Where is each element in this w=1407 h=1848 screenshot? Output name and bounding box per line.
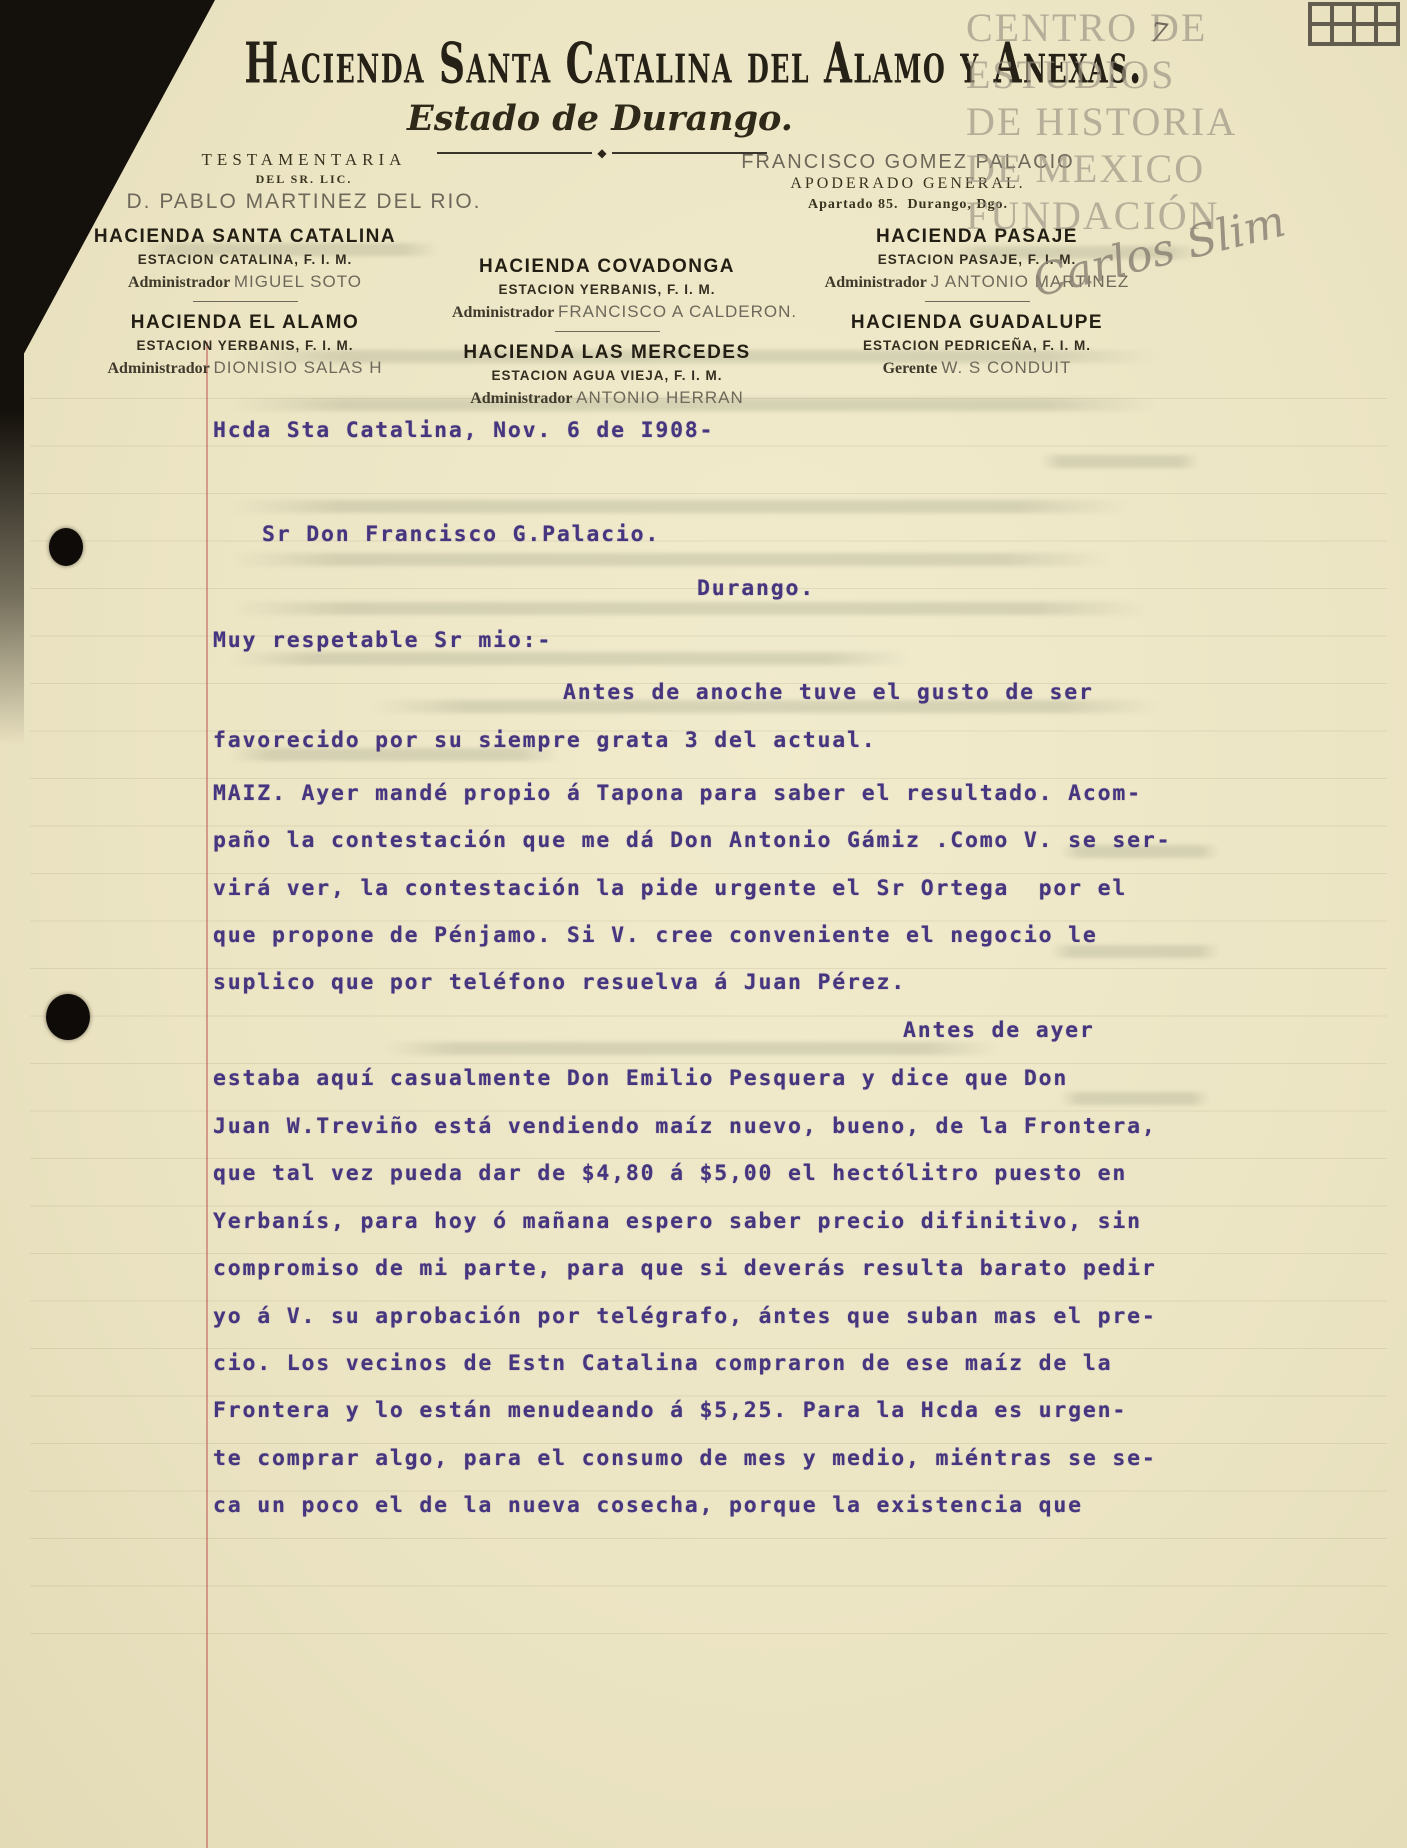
hacienda-role: Administrador <box>108 360 214 377</box>
watermark-line: DE HISTORIA <box>966 98 1237 145</box>
hacienda-column-middle: HACIENDA COVADONGA ESTACION YERBANIS, F.… <box>452 256 762 408</box>
hacienda-person: W. S CONDUIT <box>941 358 1071 377</box>
hacienda-role: Gerente <box>883 360 942 377</box>
testamentaria-block: TESTAMENTARIA DEL SR. LIC. D. PABLO MART… <box>118 150 490 214</box>
letter-recipient: Sr Don Francisco G.Palacio. <box>262 522 660 547</box>
letterhead-title: Hacienda Santa Catalina del Alamo y Anex… <box>244 30 935 96</box>
block-divider <box>925 301 1030 302</box>
letter-body-line: estaba aquí casualmente Don Emilio Pesqu… <box>213 1066 1068 1091</box>
letter-body-line: paño la contestación que me dá Don Anton… <box>213 828 1171 853</box>
hacienda-person: ANTONIO HERRAN <box>576 388 744 407</box>
hacienda-name: HACIENDA COVADONGA <box>452 256 762 278</box>
letterhead-subtitle: Estado de Durango. <box>350 98 850 139</box>
bleedthrough-text <box>230 602 1150 615</box>
letter-body-line: que tal vez pueda dar de $4,80 á $5,00 e… <box>213 1161 1127 1186</box>
testamentaria-label: TESTAMENTARIA <box>118 150 490 170</box>
ornament-diamond-icon: ◆ <box>592 146 611 160</box>
letter-body-line: virá ver, la contestación la pide urgent… <box>213 876 1127 901</box>
hacienda-block: HACIENDA COVADONGA ESTACION YERBANIS, F.… <box>452 256 762 322</box>
letter-recipient-city: Durango. <box>697 576 815 601</box>
hacienda-station: ESTACION YERBANIS, F. I. M. <box>452 282 762 297</box>
letter-body-line: Antes de anoche tuve el gusto de ser <box>563 680 1094 705</box>
letter-body-line: ca un poco el de la nueva cosecha, porqu… <box>213 1493 1083 1518</box>
bleedthrough-text <box>380 1042 1000 1055</box>
bleedthrough-text <box>1060 1092 1210 1105</box>
scan-black-edge <box>0 0 24 745</box>
hacienda-station: ESTACION CATALINA, F. I. M. <box>90 252 400 267</box>
punch-hole <box>46 994 90 1040</box>
pablo-martinez-name: D. PABLO MARTINEZ DEL RIO. <box>118 190 490 214</box>
document-page: CENTRO DE ESTUDIOS DE HISTORIA DE MEXICO… <box>0 0 1407 1848</box>
letter-body-line: favorecido por su siempre grata 3 del ac… <box>213 728 876 753</box>
watermark-line: CENTRO DE <box>966 4 1237 51</box>
letter-body-line: Frontera y lo están menudeando á $5,25. … <box>213 1398 1127 1423</box>
hacienda-column-left: HACIENDA SANTA CATALINA ESTACION CATALIN… <box>90 226 400 378</box>
hacienda-person: FRANCISCO A CALDERON. <box>558 302 797 321</box>
hacienda-block: HACIENDA SANTA CATALINA ESTACION CATALIN… <box>90 226 400 292</box>
hacienda-block: HACIENDA GUADALUPE ESTACION PEDRICEÑA, F… <box>822 312 1132 378</box>
hacienda-name: HACIENDA LAS MERCEDES <box>452 342 762 364</box>
del-sr-lic-label: DEL SR. LIC. <box>118 172 490 187</box>
letter-body-line: que propone de Pénjamo. Si V. cree conve… <box>213 923 1098 948</box>
hacienda-role: Administrador <box>128 274 234 291</box>
block-divider <box>193 301 298 302</box>
red-margin-line <box>206 342 208 1848</box>
letter-body-line: Juan W.Treviño está vendiendo maíz nuevo… <box>213 1114 1157 1139</box>
letter-body-line: suplico que por teléfono resuelva á Juan… <box>213 970 906 995</box>
bleedthrough-text <box>1040 455 1200 468</box>
hacienda-role: Administrador <box>452 304 558 321</box>
watermark-line: ESTUDIOS <box>966 51 1237 98</box>
watermark-grid-logo-icon <box>1308 2 1400 46</box>
bleedthrough-text <box>230 500 1130 513</box>
hacienda-name: HACIENDA GUADALUPE <box>822 312 1132 334</box>
letter-salutation: Muy respetable Sr mio:- <box>213 628 552 653</box>
hacienda-role: Administrador <box>470 390 576 407</box>
bleedthrough-text <box>230 553 1110 566</box>
hacienda-person: DIONISIO SALAS H <box>213 358 382 377</box>
hacienda-name: HACIENDA EL ALAMO <box>90 312 400 334</box>
letter-body-line: cio. Los vecinos de Estn Catalina compra… <box>213 1351 1112 1376</box>
bleedthrough-text <box>230 652 910 665</box>
block-divider <box>555 331 660 332</box>
letter-body-line: Antes de ayer <box>903 1018 1095 1043</box>
letter-body-line: compromiso de mi parte, para que si deve… <box>213 1256 1157 1281</box>
hacienda-station: ESTACION YERBANIS, F. I. M. <box>90 338 400 353</box>
hacienda-block: HACIENDA LAS MERCEDES ESTACION AGUA VIEJ… <box>452 342 762 408</box>
watermark-line: DE MEXICO <box>966 145 1237 192</box>
punch-hole <box>49 528 83 566</box>
archive-watermark: CENTRO DE ESTUDIOS DE HISTORIA DE MEXICO… <box>966 4 1237 239</box>
hacienda-block: HACIENDA EL ALAMO ESTACION YERBANIS, F. … <box>90 312 400 378</box>
letter-body-line: Yerbanís, para hoy ó mañana espero saber… <box>213 1209 1142 1234</box>
letter-body-line: yo á V. su aprobación por telégrafo, ánt… <box>213 1304 1157 1329</box>
letter-dateline: Hcda Sta Catalina, Nov. 6 de I908- <box>213 418 714 443</box>
hacienda-role: Administrador <box>825 274 931 291</box>
letter-body-line: te comprar algo, para el consumo de mes … <box>213 1446 1157 1471</box>
hacienda-person: MIGUEL SOTO <box>234 272 362 291</box>
hacienda-name: HACIENDA SANTA CATALINA <box>90 226 400 248</box>
hacienda-station: ESTACION PEDRICEÑA, F. I. M. <box>822 338 1132 353</box>
hacienda-station: ESTACION AGUA VIEJA, F. I. M. <box>452 368 762 383</box>
letter-body-line: MAIZ. Ayer mandé propio á Tapona para sa… <box>213 781 1142 806</box>
